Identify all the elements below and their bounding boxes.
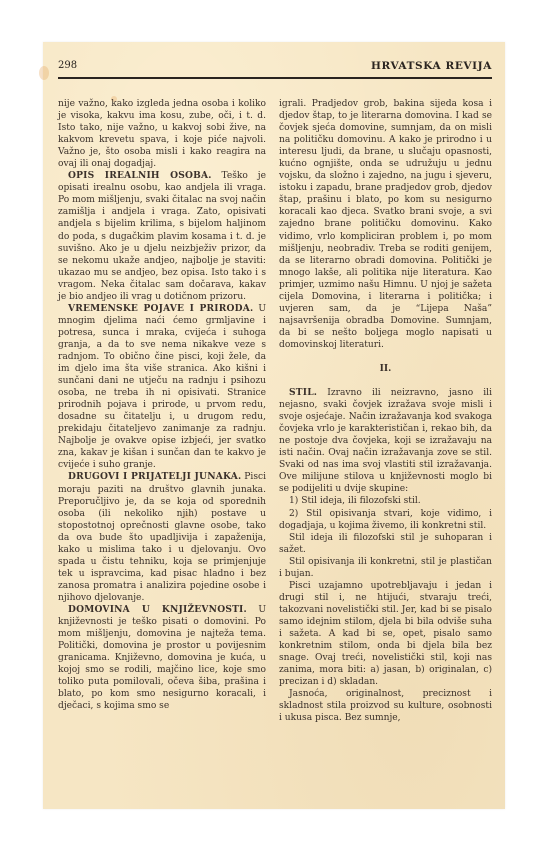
section-body: U književnosti je teško pisati o domovin… [58, 605, 266, 711]
section-body: Pisci moraju paziti na društvo glavnih j… [58, 472, 266, 602]
section-heading: OPIS IREALNIH OSOBA. [68, 170, 212, 181]
left-column: nije važno, kako izgleda jedna osoba i k… [58, 98, 266, 712]
paper-stain [39, 66, 49, 80]
section-domovina: DOMOVINA U KNJIŽEVNOSTI. U književnosti … [58, 604, 266, 712]
section-stil: STIL. Izravno ili neizravno, jasno ili n… [279, 387, 492, 495]
header-rule [58, 77, 492, 79]
section-opis-irealnih-osoba: OPIS IREALNIH OSOBA. Teško je opisati ir… [58, 170, 266, 303]
paragraph: Stil ideja ili filozofski stil je suhopa… [279, 532, 492, 556]
section-body: Izravno ili neizravno, jasno ili nejasno… [279, 388, 492, 494]
section-body: Teško je opisati irealnu osobu, kao andj… [58, 171, 266, 301]
section-drugovi-i-prijatelji: DRUGOVI I PRIJATELJI JUNAKA. Pisci moraj… [58, 471, 266, 604]
section-body: U mnogim djelima naći ćemo grmljavine i … [58, 304, 266, 471]
section-heading: DRUGOVI I PRIJATELJI JUNAKA. [68, 471, 241, 482]
running-header: 298 HRVATSKA REVIJA [58, 60, 492, 74]
list-item: 2) Stil opisivanja stvari, koje vidimo, … [279, 508, 492, 532]
journal-title: HRVATSKA REVIJA [371, 60, 492, 72]
section-heading: VREMENSKE POJAVE I PRIRODA. [68, 303, 253, 314]
list-item: 1) Stil ideja, ili filozofski stil. [279, 495, 492, 507]
paragraph: Pisci uzajamno upotrebljavaju i jedan i … [279, 580, 492, 688]
section-number: II. [279, 363, 492, 375]
paragraph: Jasnoća, originalnost, preciznost i skla… [279, 688, 492, 724]
right-column: igrali. Pradjedov grob, bakina sijeda ko… [279, 98, 492, 724]
section-heading: DOMOVINA U KNJIŽEVNOSTI. [68, 604, 247, 615]
page-number: 298 [58, 60, 77, 71]
paragraph: Stil opisivanja ili konkretni, stil je p… [279, 556, 492, 580]
paragraph: igrali. Pradjedov grob, bakina sijeda ko… [279, 98, 492, 351]
paragraph: nije važno, kako izgleda jedna osoba i k… [58, 98, 266, 170]
magazine-page: 298 HRVATSKA REVIJA nije važno, kako izg… [43, 42, 505, 809]
section-vremenske-pojave: VREMENSKE POJAVE I PRIRODA. U mnogim dje… [58, 303, 266, 472]
section-heading: STIL. [289, 387, 317, 398]
